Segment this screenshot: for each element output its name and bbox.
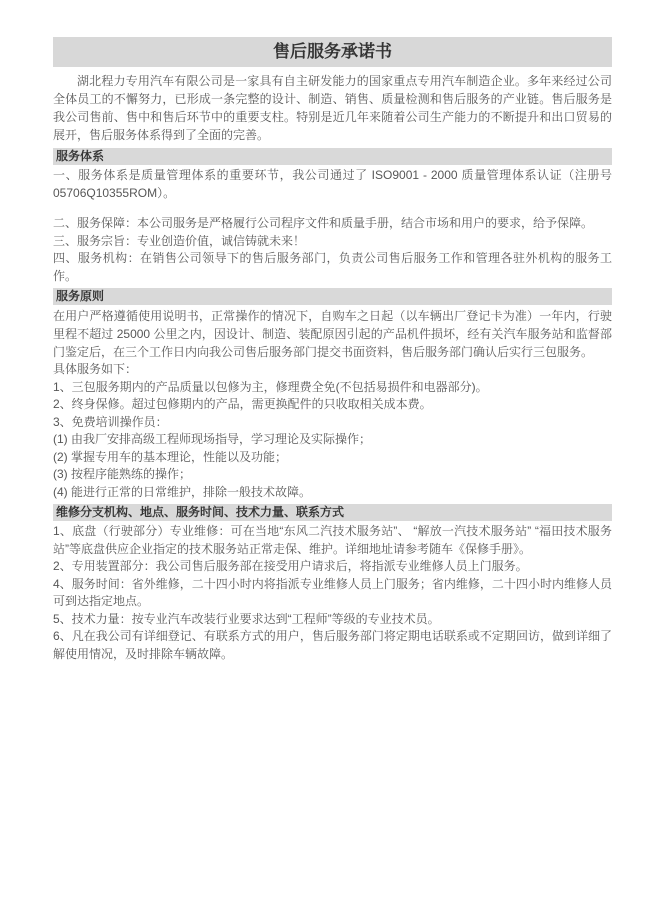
- list-item: (2) 掌握专用车的基本理论，性能以及功能；: [53, 449, 612, 467]
- list-item: 1、底盘（行驶部分）专业维修：可在当地“东风二汽技术服务站”、 “解放一汽技术服…: [53, 523, 612, 558]
- principles-paragraph: 在用户严格遵循使用说明书，正常操作的情况下，自购车之日起（以车辆出厂登记卡为准）…: [53, 307, 612, 361]
- list-item: 1、三包服务期内的产品质量以包修为主，修理费全免(不包括易损件和电器部分)。: [53, 379, 612, 397]
- spacer: [53, 202, 612, 215]
- document-title: 售后服务承诺书: [273, 42, 392, 61]
- list-item: 四、服务机构：在销售公司领导下的售后服务部门，负责公司售后服务工作和管理各驻外机…: [53, 250, 612, 285]
- list-item: 三、服务宗旨：专业创造价值，诚信铸就未来！: [53, 233, 612, 251]
- section-header-service-system: 服务体系: [53, 148, 612, 165]
- document-content: 售后服务承诺书 湖北程力专用汽车有限公司是一家具有自主研发能力的国家重点专用汽车…: [53, 37, 612, 663]
- list-item: 二、服务保障：本公司服务是严格履行公司程序文件和质量手册，结合市场和用户的要求，…: [53, 215, 612, 233]
- list-item: 4、服务时间：省外维修，二十四小时内将指派专业维修人员上门服务；省内维修，二十四…: [53, 576, 612, 611]
- section-header-label: 服务体系: [56, 149, 104, 163]
- list-item: 6、凡在我公司有详细登记、有联系方式的用户，售后服务部门将定期电话联系或不定期回…: [53, 628, 612, 663]
- section-header-repair-branches: 维修分支机构、地点、服务时间、技术力量、联系方式: [53, 504, 612, 521]
- list-item: 5、技术力量：按专业汽车改装行业要求达到“工程师”等级的专业技术员。: [53, 611, 612, 629]
- list-item: 一、服务体系是质量管理体系的重要环节，我公司通过了 ISO9001 - 2000…: [53, 167, 612, 202]
- list-item: 3、免费培训操作员：: [53, 414, 612, 432]
- list-item: 2、专用装置部分：我公司售后服务部在接受用户请求后，将指派专业维修人员上门服务。: [53, 558, 612, 576]
- list-item: (4) 能进行正常的日常维护，排除一般技术故障。: [53, 484, 612, 502]
- list-item: (1) 由我厂安排高级工程师现场指导，学习理论及实际操作；: [53, 431, 612, 449]
- list-item: (3) 按程序能熟练的操作；: [53, 466, 612, 484]
- section-header-label: 维修分支机构、地点、服务时间、技术力量、联系方式: [56, 505, 344, 519]
- list-item: 2、终身保修。超过包修期内的产品，需更换配件的只收取相关成本费。: [53, 396, 612, 414]
- list-subtitle: 具体服务如下：: [53, 361, 612, 379]
- title-bar: 售后服务承诺书: [53, 37, 612, 67]
- document-page: 售后服务承诺书 湖北程力专用汽车有限公司是一家具有自主研发能力的国家重点专用汽车…: [0, 0, 650, 919]
- section-header-label: 服务原则: [56, 289, 104, 303]
- intro-paragraph: 湖北程力专用汽车有限公司是一家具有自主研发能力的国家重点专用汽车制造企业。多年来…: [53, 72, 612, 144]
- section-header-service-principles: 服务原则: [53, 288, 612, 305]
